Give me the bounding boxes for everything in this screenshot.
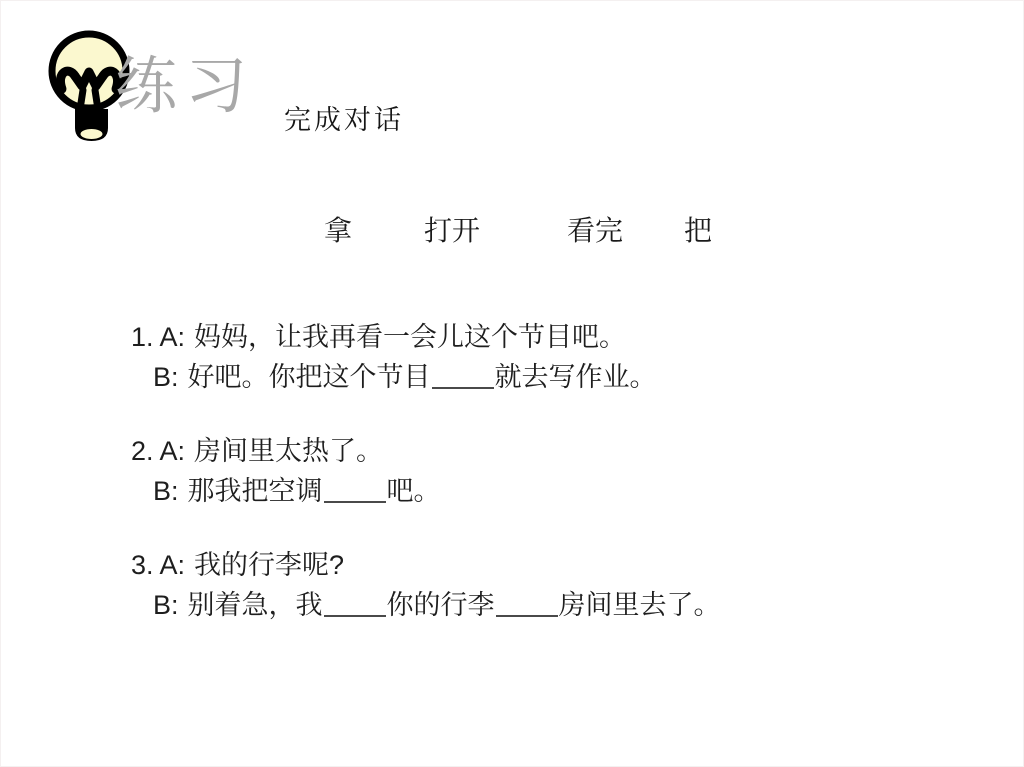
fill-in-blank bbox=[496, 615, 558, 617]
speaker-label-b: B: bbox=[153, 471, 179, 511]
dialogue-text: 就去写作业。 bbox=[495, 362, 657, 392]
dialogue-line-a: 1.A:妈妈，让我再看一会儿这个节目吧。 bbox=[131, 317, 657, 357]
exercise-subtitle: 完成对话 bbox=[284, 98, 404, 137]
dialogue-text: 吧。 bbox=[387, 476, 441, 506]
page-title: 练习 bbox=[115, 51, 255, 122]
speaker-label-b: B: bbox=[153, 585, 179, 625]
dialogue-text: 我的行李呢? bbox=[194, 550, 344, 580]
speaker-label-b: B: bbox=[153, 357, 179, 397]
word-bank: 拿 打开 看完 把 bbox=[324, 209, 704, 249]
word-bank-item: 把 bbox=[684, 209, 712, 249]
dialogue-text: 好吧。你把这个节目 bbox=[188, 362, 431, 392]
word-bank-item: 打开 bbox=[424, 209, 480, 249]
dialogue-line-b: B:别着急，我你的行李房间里去了。 bbox=[131, 585, 721, 625]
fill-in-blank bbox=[324, 501, 386, 503]
fill-in-blank bbox=[432, 387, 494, 389]
dialogue-text: 房间里太热了。 bbox=[194, 436, 383, 466]
dialogue-item-3: 3.A:我的行李呢? B:别着急，我你的行李房间里去了。 bbox=[131, 545, 721, 625]
speaker-label-a: A: bbox=[160, 431, 186, 471]
word-bank-item: 拿 bbox=[324, 209, 352, 249]
dialogue-line-b: B:好吧。你把这个节目就去写作业。 bbox=[131, 357, 657, 397]
slide: 练习 完成对话 拿 打开 看完 把 1.A:妈妈，让我再看一会儿这个节目吧。 B… bbox=[0, 0, 1024, 767]
dialogue-number: 2. bbox=[131, 431, 154, 471]
speaker-label-a: A: bbox=[160, 317, 186, 357]
dialogue-number: 3. bbox=[131, 545, 154, 585]
fill-in-blank bbox=[324, 615, 386, 617]
speaker-label-a: A: bbox=[160, 545, 186, 585]
dialogue-number: 1. bbox=[131, 317, 154, 357]
dialogue-line-a: 3.A:我的行李呢? bbox=[131, 545, 721, 585]
dialogue-line-a: 2.A:房间里太热了。 bbox=[131, 431, 441, 471]
dialogue-line-b: B:那我把空调吧。 bbox=[131, 471, 441, 511]
dialogue-text: 别着急，我 bbox=[188, 590, 323, 620]
dialogue-item-1: 1.A:妈妈，让我再看一会儿这个节目吧。 B:好吧。你把这个节目就去写作业。 bbox=[131, 317, 657, 397]
dialogue-text: 妈妈，让我再看一会儿这个节目吧。 bbox=[194, 322, 626, 352]
dialogue-text: 那我把空调 bbox=[188, 476, 323, 506]
dialogue-text: 房间里去了。 bbox=[559, 590, 721, 620]
word-bank-item: 看完 bbox=[567, 209, 623, 249]
dialogue-item-2: 2.A:房间里太热了。 B:那我把空调吧。 bbox=[131, 431, 441, 511]
dialogue-text: 你的行李 bbox=[387, 590, 495, 620]
